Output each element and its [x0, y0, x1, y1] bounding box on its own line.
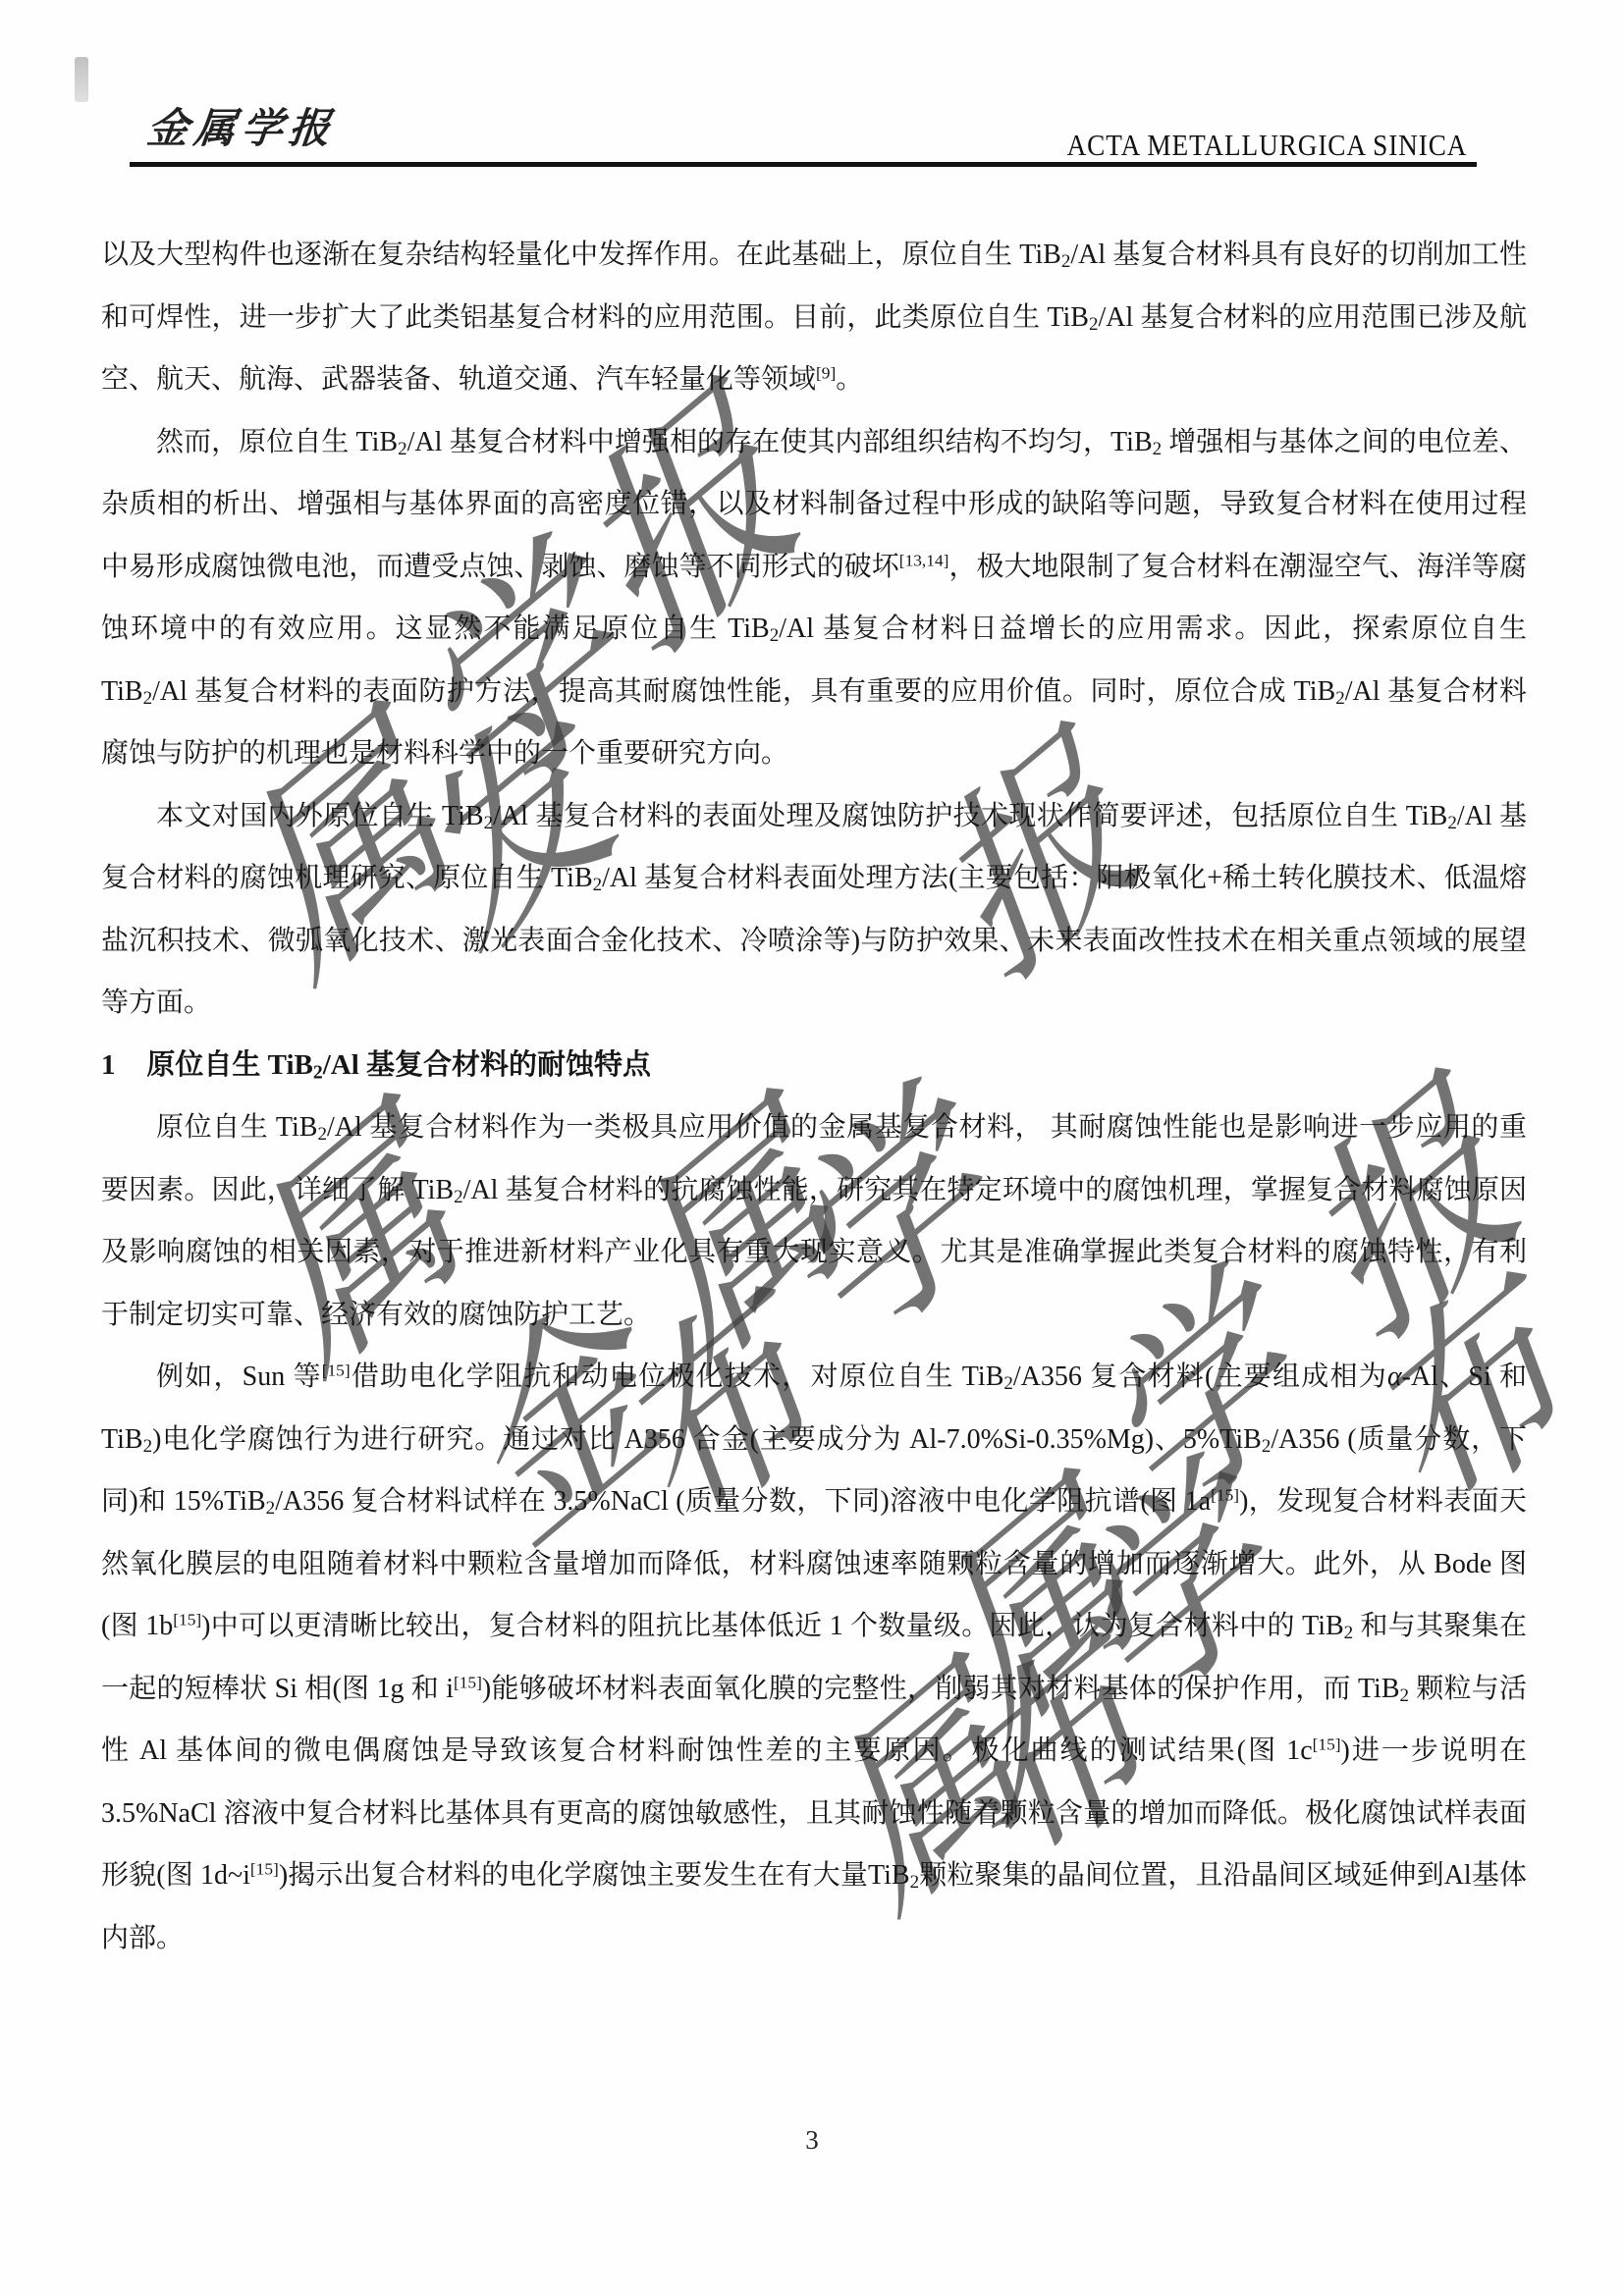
subscript: 2 — [143, 1436, 153, 1457]
section-heading: 1原位自生 TiB2/Al 基复合材料的耐蚀特点 — [101, 1035, 1527, 1097]
subscript: 2 — [398, 439, 407, 459]
header-rule — [130, 162, 1477, 167]
text-run: 本文对国内外原位自生 TiB — [156, 801, 484, 831]
paragraph: 例如，Sun 等[15]借助电化学阻抗和动电位极化技术，对原位自生 TiB2/A… — [101, 1346, 1527, 1969]
page-number: 3 — [0, 2125, 1624, 2156]
text-run: 借助电化学阻抗和动电位极化技术，对原位自生 TiB — [351, 1362, 1004, 1392]
subscript: 2 — [1400, 1685, 1410, 1706]
text-run: )能够破坏材料表面氧化膜的完整性，削弱其对材料基体的保护作用，而 TiB — [482, 1674, 1400, 1704]
subscript: 2 — [1344, 1623, 1354, 1643]
text-run: 原位自生 TiB — [156, 1112, 317, 1143]
text-run: )中可以更清晰比较出，复合材料的阻抗比基体低近 1 个数量级。因此，认为复合材料… — [201, 1611, 1344, 1641]
citation-superscript: [13,14] — [899, 551, 949, 569]
paragraph: 然而，原位自生 TiB2/Al 基复合材料中增强相的存在使其内部组织结构不均匀，… — [101, 411, 1527, 785]
subscript: 2 — [1262, 1436, 1272, 1457]
text-run: /A356 复合材料试样在 3.5%NaCl (质量分数，下同)溶液中电化学阻抗… — [275, 1486, 1211, 1517]
journal-title-english: ACTA METALLURGICA SINICA — [1066, 130, 1467, 160]
subscript: 2 — [1061, 251, 1071, 272]
citation-superscript: [15] — [1313, 1735, 1341, 1753]
citation-superscript: [15] — [1211, 1485, 1239, 1504]
citation-superscript: [15] — [454, 1673, 482, 1691]
text-run: 例如，Sun 等 — [156, 1362, 322, 1392]
citation-superscript: [15] — [322, 1361, 351, 1379]
subscript: 2 — [313, 1061, 323, 1083]
subscript: 2 — [910, 1872, 920, 1893]
scan-artifact — [75, 57, 88, 102]
text-run: )揭示出复合材料的电化学腐蚀主要发生在有大量TiB — [279, 1860, 910, 1891]
section-number: 1 — [101, 1049, 116, 1081]
text-run: 以及大型构件也逐渐在复杂结构轻量化中发挥作用。在此基础上，原位自生 TiB — [101, 240, 1061, 270]
manuscript-page: 报学属发报属属学报金布学布属学属布 金属学报 ACTA METALLURGICA… — [0, 0, 1624, 2296]
body-content: 以及大型构件也逐渐在复杂结构轻量化中发挥作用。在此基础上，原位自生 TiB2/A… — [101, 224, 1527, 1969]
text-run: /Al 基复合材料中增强相的存在使其内部组织结构不均匀，TiB — [407, 427, 1153, 457]
text-run: /Al 基复合材料的表面处理及腐蚀防护技术现状作简要评述，包括原位自生 TiB — [493, 801, 1447, 831]
subscript: 2 — [1335, 688, 1345, 709]
text-run: 。 — [836, 364, 863, 395]
subscript: 2 — [1153, 439, 1163, 459]
subscript: 2 — [1447, 813, 1457, 833]
text-run: 原位自生 TiB — [146, 1049, 312, 1081]
subscript: 2 — [593, 875, 603, 895]
citation-superscript: [15] — [173, 1610, 201, 1629]
text-run: α — [1387, 1362, 1402, 1392]
subscript: 2 — [454, 1187, 463, 1207]
journal-logo: 金属学报 — [145, 108, 338, 149]
paragraph: 原位自生 TiB2/Al 基复合材料作为一类极具应用价值的金属基复合材料， 其耐… — [101, 1096, 1527, 1346]
text-run: /Al 基复合材料的表面防护方法，提高其耐腐蚀性能，具有重要的应用价值。同时，原… — [152, 676, 1335, 707]
subscript: 2 — [266, 1498, 276, 1519]
subscript: 2 — [143, 688, 153, 709]
text-run: 然而，原位自生 TiB — [156, 427, 398, 457]
subscript: 2 — [317, 1124, 327, 1145]
subscript: 2 — [770, 625, 780, 646]
citation-superscript: [15] — [250, 1859, 279, 1878]
subscript: 2 — [1003, 1373, 1013, 1394]
text-run: /Al 基复合材料的耐蚀特点 — [323, 1049, 651, 1081]
paragraph: 以及大型构件也逐渐在复杂结构轻量化中发挥作用。在此基础上，原位自生 TiB2/A… — [101, 224, 1527, 411]
subscript: 2 — [484, 813, 494, 833]
citation-superscript: [9] — [816, 363, 836, 382]
text-run: )电化学腐蚀行为进行研究。通过对比 A356 合金(主要成分为 Al-7.0%S… — [152, 1424, 1262, 1455]
paragraph: 本文对国内外原位自生 TiB2/Al 基复合材料的表面处理及腐蚀防护技术现状作简… — [101, 785, 1527, 1035]
text-run: /A356 复合材料(主要组成相为 — [1013, 1362, 1387, 1392]
